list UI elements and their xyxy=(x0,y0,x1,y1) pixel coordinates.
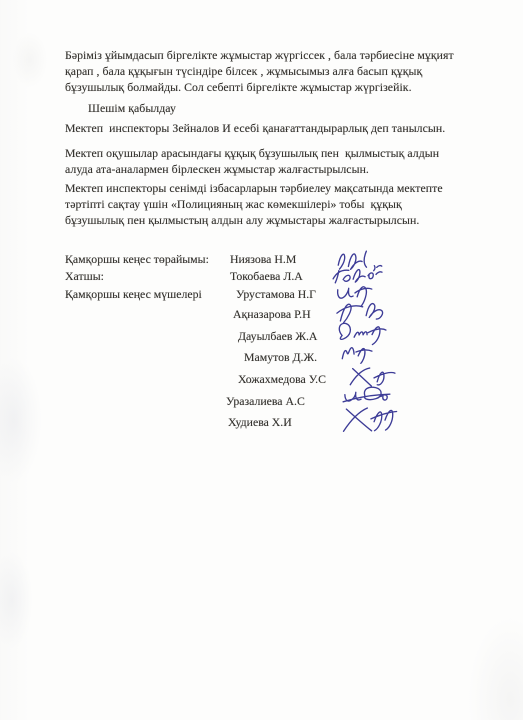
signatory-name: Хожахмедова У.С xyxy=(238,372,326,387)
signatory-name: Урустамова Н.Г xyxy=(236,287,316,302)
scanned-document-page: Бәріміз ұйымдасып біргелікте жұмыстар жү… xyxy=(0,0,523,720)
signatory-role: Хатшы: xyxy=(65,269,104,284)
decision-paragraph-3: Мектеп инспекторы сенімді ізбасарларын т… xyxy=(65,181,443,228)
signatory-role: Қамқоршы кеңес төрайымы: xyxy=(65,252,209,267)
signatory-name: Ақназарова Р.Н xyxy=(233,307,311,322)
signature-mamutov xyxy=(335,341,376,365)
signatory-name: Мамутов Д.Ж. xyxy=(244,350,317,365)
signature-khudieva xyxy=(337,402,399,437)
signatory-name: Худиева Х.И xyxy=(228,415,292,430)
signatory-name: Токобаева Л.А xyxy=(230,269,303,284)
intro-paragraph: Бәріміз ұйымдасып біргелікте жұмыстар жү… xyxy=(65,48,454,95)
decision-paragraph-1: Мектеп инспекторы Зейналов И есебі қанағ… xyxy=(65,121,445,137)
signatory-name: Дауылбаев Ж.А xyxy=(238,329,317,344)
signatory-role: Қамқоршы кеңес мүшелері xyxy=(65,287,202,302)
decision-heading: Шешім қабылдау xyxy=(88,101,176,117)
signatory-name: Ниязова Н.М xyxy=(230,252,296,267)
decision-paragraph-2: Мектеп оқушылар арасындағы құқық бұзушыл… xyxy=(65,146,439,178)
signatory-name: Уразалиева А.С xyxy=(226,394,305,409)
